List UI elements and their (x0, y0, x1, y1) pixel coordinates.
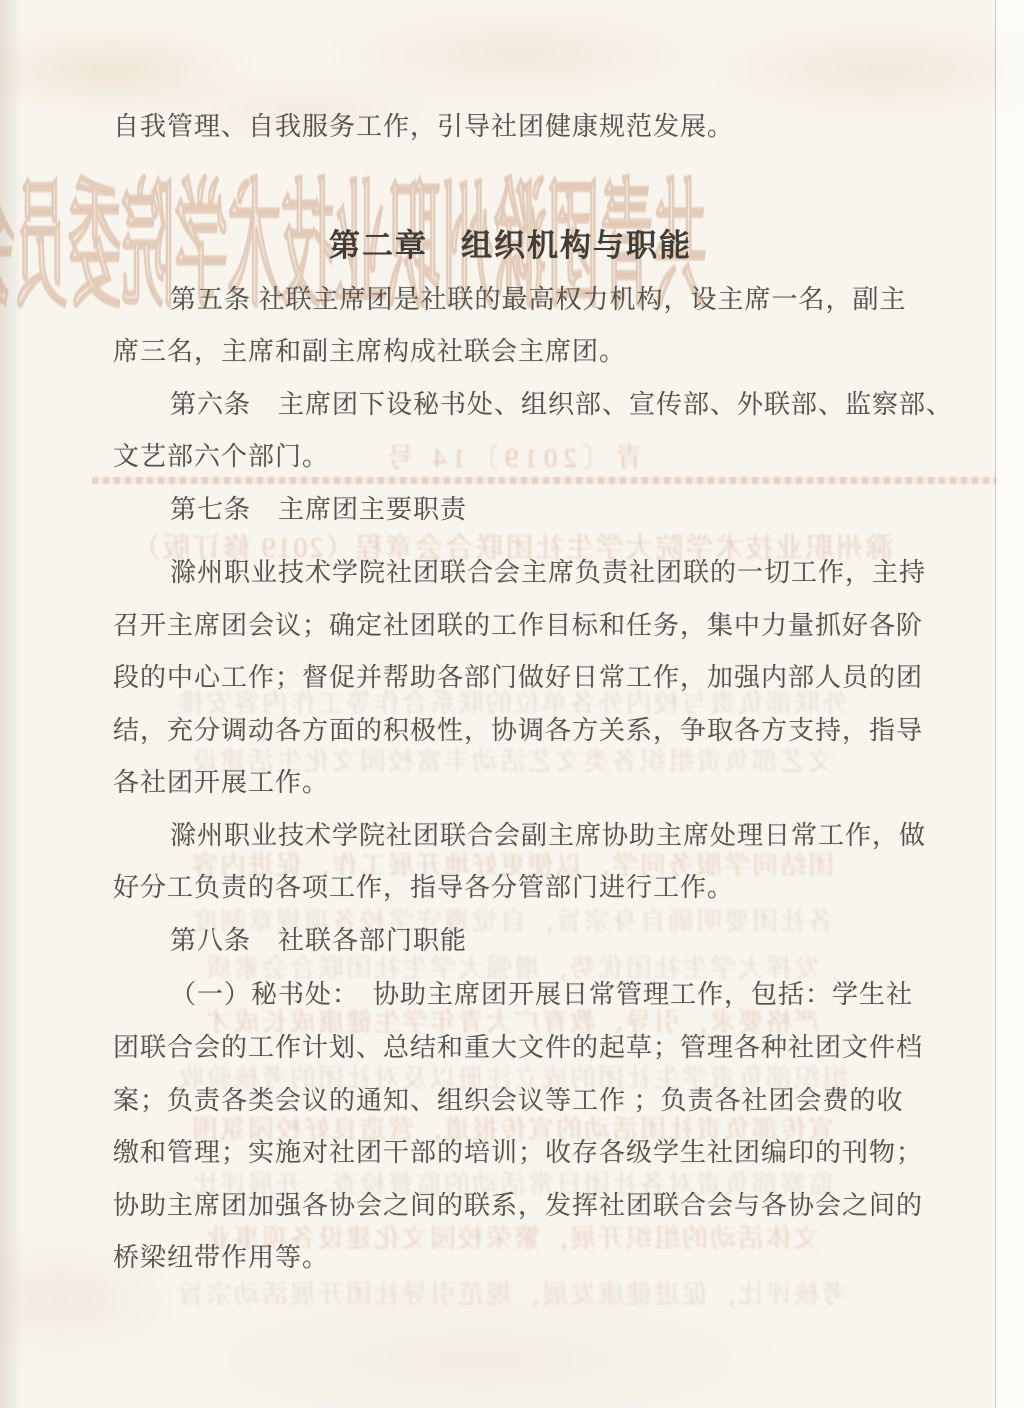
doc-line: 好分工负责的各项工作，指导各分管部门进行工作。 (113, 871, 911, 905)
bleedthrough-line: 考核评比，促进健康发展，规范引导社团开展活动宗旨 (100, 1274, 924, 1311)
doc-line: 缴和管理；实施对社团干部的培训；收存各级学生社团编印的刊物； (113, 1136, 911, 1170)
doc-line: 段的中心工作；督促并帮助各部门做好日常工作，加强内部人员的团 (113, 661, 911, 695)
doc-line: 滁州职业技术学院社团联合会主席负责社团联的一切工作，主持 (113, 556, 911, 590)
scanned-document-page: 共青团滁州职业技术学院委员会文件 青〔2019〕14 号 滁州职业技术学院大学生… (0, 0, 1024, 1408)
doc-line: 第七条 主席团主要职责 (113, 493, 911, 527)
doc-line: （一）秘书处： 协助主席团开展日常管理工作，包括：学生社 (113, 978, 911, 1012)
doc-line: 团联合会的工作计划、总结和重大文件的起草；管理各种社团文件档 (113, 1031, 911, 1065)
doc-line: 席三名，主席和副主席构成社联会主席团。 (113, 335, 911, 369)
doc-line: 滁州职业技术学院社团联合会副主席协助主席处理日常工作，做 (113, 819, 911, 853)
doc-line: 第五条 社联主席团是社联的最高权力机构，设主席一名，副主 (113, 283, 911, 317)
bleedthrough-red-rule (92, 477, 997, 484)
doc-line: 桥梁纽带作用等。 (113, 1241, 911, 1275)
doc-line: 结，充分调动各方面的积极性，协调各方关系，争取各方支持，指导 (113, 714, 911, 748)
doc-line: 第六条 主席团下设秘书处、组织部、宣传部、外联部、监察部、 (113, 388, 911, 422)
scan-margin (996, 0, 1024, 1408)
doc-line: 协助主席团加强各协会之间的联系，发挥社团联合会与各协会之间的 (113, 1189, 911, 1223)
doc-line: 第八条 社联各部门职能 (113, 924, 911, 958)
page-edge-line (995, 0, 996, 1408)
doc-line: 文艺部六个部门。 (113, 440, 911, 474)
chapter-heading: 第二章 组织机构与职能 (113, 220, 908, 265)
doc-line: 召开主席团会议；确定社团联的工作目标和任务，集中力量抓好各阶 (113, 609, 911, 643)
doc-line: 案；负责各类会议的通知、组织会议等工作 ；负责各社团会费的收 (113, 1084, 911, 1118)
doc-line: 自我管理、自我服务工作，引导社团健康规范发展。 (113, 110, 911, 144)
doc-line: 各社团开展工作。 (113, 766, 911, 800)
